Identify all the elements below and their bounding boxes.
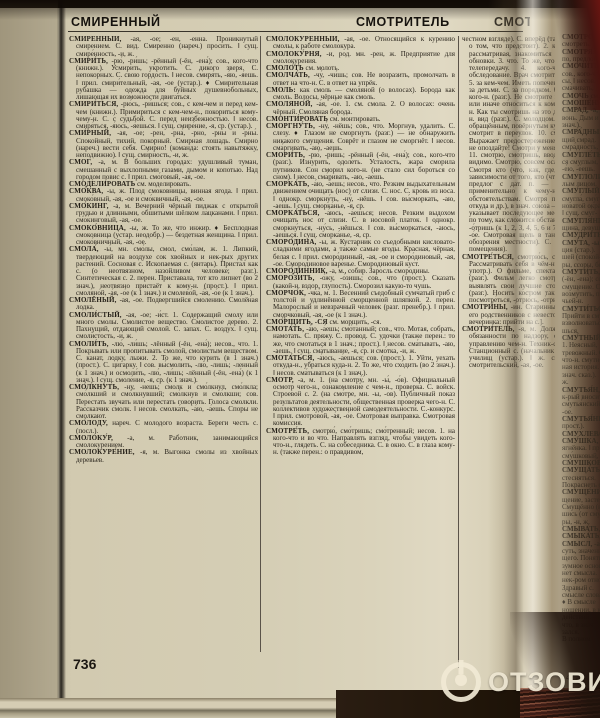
dictionary-entry: СМИРИ́ТЬСЯ, -рю́сь, -ри́шься; сов., с ке… xyxy=(69,101,258,130)
dictionary-entry: СМО́КВА, -ы, ж. Плод смоковницы, винная … xyxy=(69,188,258,203)
dictionary-entry: СМО́КИНГ, -а, м. Вечерний чёрный пиджак … xyxy=(69,203,258,225)
dictionary-entry: СМО́ЛКНУТЬ, -ну, -нешь; смолк и смо́лкну… xyxy=(69,384,258,420)
headword: СМОЛИ́СТЫЙ, xyxy=(69,311,122,319)
dictionary-entry: СМИРИ́ТЬ, -рю́, -ри́шь; -рённый (-ён, -е… xyxy=(69,58,258,102)
headword: СМОЛИ́ТЬ, xyxy=(69,340,109,348)
headword: СМИРИ́ТЬСЯ, xyxy=(69,100,118,108)
headword: СМОТА́ТЬСЯ, xyxy=(266,354,314,362)
dictionary-entry: СМОТА́ТЬСЯ, -а́юсь, -а́ешься; сов. (прос… xyxy=(266,355,455,377)
dictionary-entry: СМОТА́ТЬ, -а́ю, -а́ешь; смо́танный; сов.… xyxy=(266,326,455,355)
dictionary-entry: честном взгляде). С. вперёд (также перен… xyxy=(462,36,555,254)
next-page-column-sliver: СМОТРОВО́Й,смотре́ть.СМОТРЯ́: смотряпо, … xyxy=(562,34,600,646)
book-photo: СМИРЕННЫЙ СМОТРИТЕЛЬ СМОТР СМИРЕ́ННЫЙ, -… xyxy=(0,0,600,718)
headword: СМОЛОКУ́РНЯ, xyxy=(266,50,322,58)
headword: СМОЛЁНЫЙ, xyxy=(69,296,117,304)
headword: СМОТА́ТЬ, xyxy=(266,325,304,333)
clipped-text-line: В полном xyxy=(562,636,600,643)
dictionary-entry: СМОЛЯНО́Й, -а́я, -о́е. 1. см. смола. 2. … xyxy=(266,101,455,116)
dictionary-entry: СМОТРИ́НЫ, -и́н. Старинный обряд знакомс… xyxy=(462,304,555,326)
dictionary-entry: СМОГ, -а, м. В больших городах: удушливы… xyxy=(69,159,258,181)
headword: СМОЛА́, xyxy=(69,245,99,253)
headword: СМОЛЬ: xyxy=(266,86,296,94)
dictionary-entry: СМОРГНУ́ТЬ, -ну́, -нёшь; сов., что. Морг… xyxy=(266,123,455,152)
dictionary-entry: СМОТР, -а, м. 1. (на смотру́, мн. -ы́, -… xyxy=(266,377,455,428)
dictionary-entry: СМОЛЁНЫЙ, -ая, -ое. Подвергшийся смолени… xyxy=(69,297,258,312)
headword: СМОРО́ДИНА, xyxy=(266,238,316,246)
headword: СМОТР, xyxy=(266,376,294,384)
dictionary-entry: СМОТРЕ́ТЬ, смотрю́, смо́тришь; смо́тренн… xyxy=(266,428,455,457)
headword: СМОКО́ВНИЦА, xyxy=(69,224,126,232)
headword: СМОРО́ЗИТЬ, xyxy=(266,274,314,282)
watermark: ОТЗОВИК xyxy=(441,662,600,702)
header-rule xyxy=(68,31,523,32)
dictionary-entry: СМОТРИ́ТЕЛЬ, -я, м. Должностное лицо, вы… xyxy=(462,326,555,370)
dictionary-entry: СМОРО́ДИНА, -ы, ж. Кустарник со съедобны… xyxy=(266,239,455,268)
table-surface xyxy=(0,698,336,718)
column-divider xyxy=(260,36,261,652)
headword: СМИРИ́ТЬ, xyxy=(69,57,108,65)
dictionary-entry: СМОКО́ВНИЦА, -ы, ж. То же, что инжир. ♦ … xyxy=(69,225,258,247)
headword: СМОРГНУ́ТЬ, xyxy=(266,122,315,130)
dictionary-entry: СМОРЧО́К, -чка́, м. 1. Весенний съедобны… xyxy=(266,290,455,319)
headword: СМО́КВА, xyxy=(69,187,103,195)
headword: СМИРЕ́ННЫЙ, xyxy=(69,36,122,43)
headword: СМОЛОКУ́РЕННЫЙ, xyxy=(266,36,340,43)
dictionary-column-right-clipped: честном взгляде). С. вперёд (также перен… xyxy=(462,36,555,668)
headword: СМИ́РНЫЙ, xyxy=(69,129,111,137)
dictionary-entry: СМИ́РНЫЙ, -ая, -ое; -рен, -рна́, -рно, -… xyxy=(69,130,258,159)
otzovik-logo-icon xyxy=(441,662,481,702)
headword: СМО́КИНГ, xyxy=(69,202,109,210)
dictionary-entry: СМОРИ́ТЬ, -рю́, -ри́шь; -рённый (-ён, -е… xyxy=(266,152,455,181)
dictionary-entry: СМОРО́ЗИТЬ, -о́жу, -о́зишь; сов., что (п… xyxy=(266,275,455,290)
headword: СМОЛЯНО́Й, xyxy=(266,100,312,108)
headword: СМОТРИ́НЫ, xyxy=(462,303,508,311)
dictionary-entry: СМОЛИ́ТЬ, -лю́, -ли́шь; -лённый (-ён, -е… xyxy=(69,341,258,385)
dictionary-entry: СМОЛОКУ́РЕННЫЙ, -ая, -ое. Относящийся к … xyxy=(266,36,455,51)
running-head-next-page: СМОТР xyxy=(494,15,530,29)
headword: СМОРКА́ТЬСЯ, xyxy=(266,209,320,217)
headword: СМОТРИ́ТЕЛЬ, xyxy=(462,325,514,333)
headword: СМОРКА́ТЬ, xyxy=(266,180,309,188)
dictionary-column-left: СМИРЕ́ННЫЙ, -ая, -ое; -е́н, -е́нна. Прон… xyxy=(69,36,258,649)
dictionary-entry: СМОЛЬ: как смоль — смоляной (о волосах).… xyxy=(266,87,455,102)
headword: СМОЛОКУРЕ́НИЕ, xyxy=(69,448,135,456)
dictionary-entry: СМОЛОКУ́Р, -а, м. Работник, занимающийся… xyxy=(69,435,258,450)
headword: СМОРИ́ТЬ, xyxy=(266,151,305,159)
headword: СМО́ЛКНУТЬ, xyxy=(69,383,119,391)
dictionary-entry: СМОТРЕ́ТЬСЯ, смотрю́сь, смо́тришься; нес… xyxy=(462,254,555,305)
dictionary-column-middle: СМОЛОКУ́РЕННЫЙ, -ая, -ое. Относящийся к … xyxy=(266,36,455,668)
watermark-text: ОТЗОВИК xyxy=(488,667,600,698)
headword: СМОЛОКУ́Р, xyxy=(69,434,113,442)
headword: СМОТРЕ́ТЬСЯ, xyxy=(462,253,514,261)
column-divider xyxy=(458,36,459,668)
running-head-left: СМИРЕННЫЙ xyxy=(71,15,161,29)
dictionary-entry: СМО́ЛОДУ, нареч. С молодого возраста. Бе… xyxy=(69,420,258,435)
dictionary-entry: СМИРЕ́ННЫЙ, -ая, -ое; -е́н, -е́нна. Прон… xyxy=(69,36,258,58)
headword: СМОГ, xyxy=(69,158,92,166)
dictionary-entry: СМОЛЧА́ТЬ, -чу́, -чи́шь; сов. Не возрази… xyxy=(266,72,455,87)
dictionary-entry: СМОРКА́ТЬСЯ, -а́юсь, -а́ешься; несов. Ре… xyxy=(266,210,455,239)
running-head-right: СМОТРИТЕЛЬ xyxy=(356,15,470,29)
headword: СМОТРЕ́ТЬ, xyxy=(266,427,309,435)
dictionary-entry: СМОЛОКУ́РНЯ, -и, род. мн. -рен, ж. Предп… xyxy=(266,51,455,66)
dictionary-entry: СМОРКА́ТЬ, -а́ю, -а́ешь; несов., что. Ре… xyxy=(266,181,455,210)
dictionary-entry: СМОЛОКУРЕ́НИЕ, -я, м. Выгонка смолы из х… xyxy=(69,449,258,464)
dictionary-entry: СМОЛИ́СТЫЙ, -ая, -ое; -и́ст. 1. Содержащ… xyxy=(69,312,258,341)
headword: СМОЛЧА́ТЬ, xyxy=(266,71,310,79)
page-number: 736 xyxy=(73,656,96,672)
headword: СМОРЧО́К, xyxy=(266,289,306,297)
headword: СМО́ЛОДУ, xyxy=(69,419,108,427)
dictionary-entry: СМОЛА́, -ы́, мн. смо́лы, смол, смо́лам, … xyxy=(69,246,258,297)
